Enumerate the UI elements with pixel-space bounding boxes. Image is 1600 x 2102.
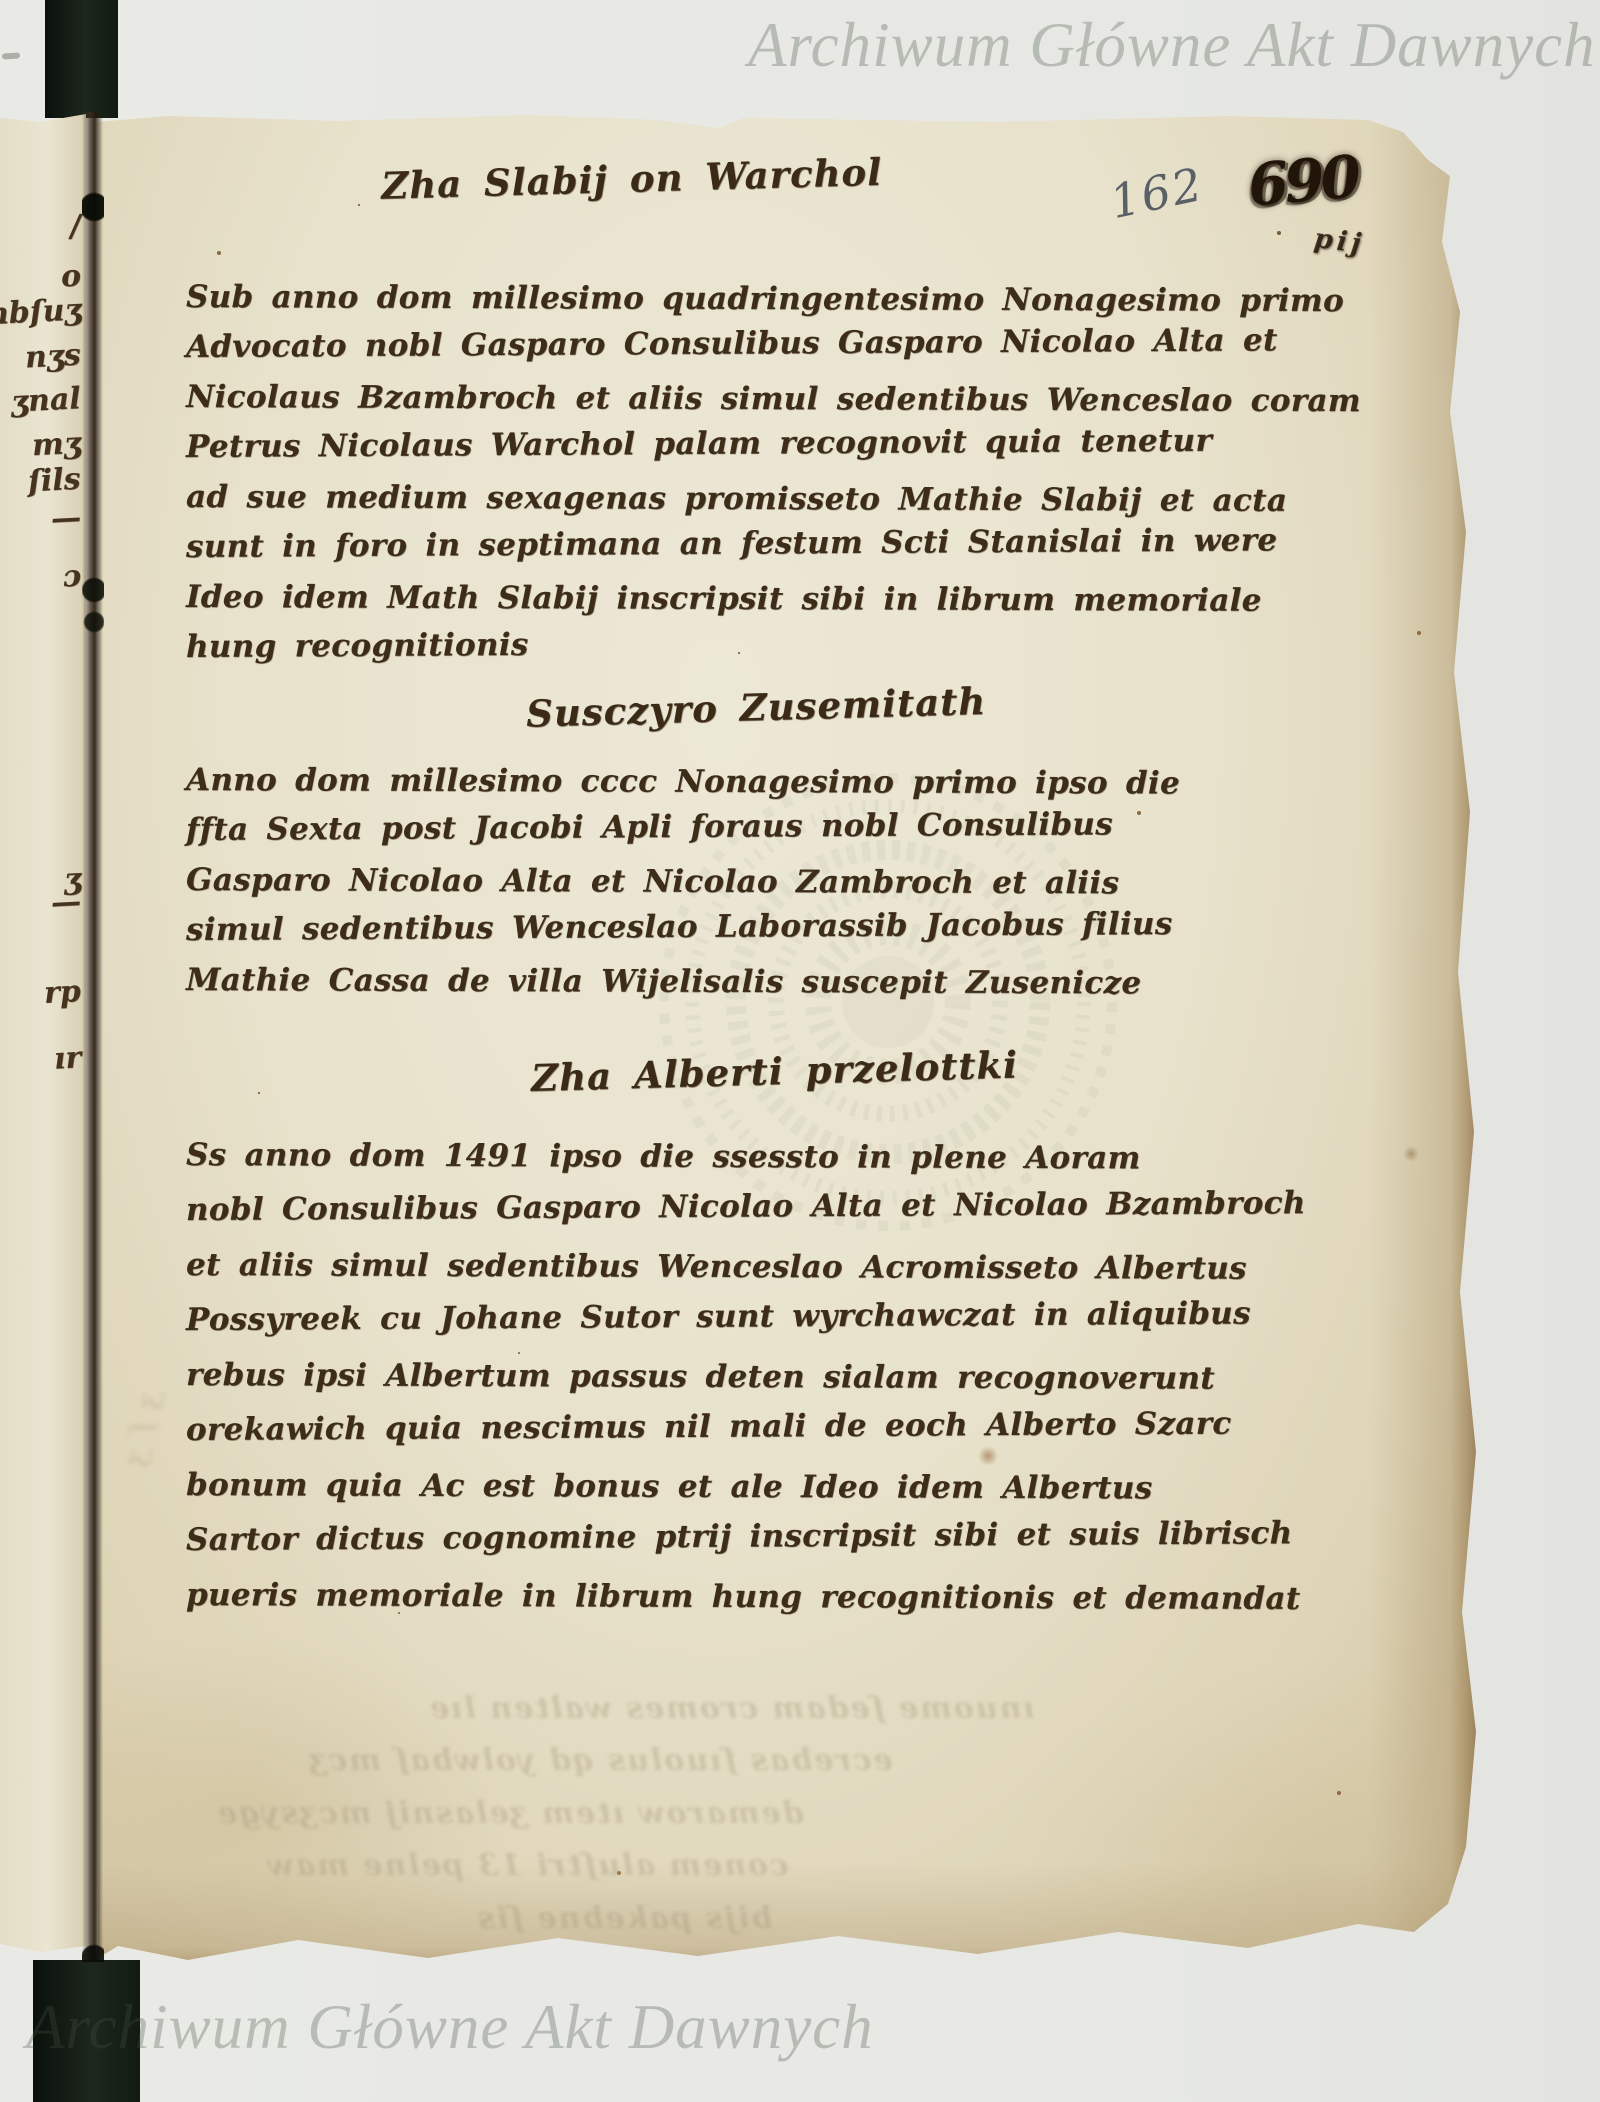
page-fragment: —: [50, 503, 82, 535]
ghost-line: ınuome ſedam cromes walten lıe: [428, 1692, 1035, 1726]
page-fragment: rp: [43, 977, 81, 1009]
manuscript-line: ffta Sexta post Jacobi Apli foraus nobl …: [186, 797, 1436, 855]
section-heading: Susczyro Zusemitath: [526, 665, 1437, 736]
manuscript-line: Mathie Cassa de villa Wijelisalis suscep…: [186, 955, 1436, 1009]
ghost-line: ecrebas ſıuolus qd yolwbaſ mcʒ: [308, 1744, 893, 1778]
gutter-shadow: [82, 112, 104, 1962]
page-fragment: mbſuʒ: [0, 295, 82, 330]
page-fragment: ſils: [28, 465, 82, 498]
ghost-line: conem aluſtri 13 pelne maw: [266, 1849, 788, 1883]
manuscript-section: Susczyro ZusemitathAnno dom millesimo cc…: [186, 678, 1436, 1005]
manuscript-line: Petrus Nicolaus Warchol palam recognovit…: [186, 414, 1436, 472]
manuscript-line: pueris memoriale in librum hung recognit…: [186, 1568, 1466, 1627]
page-fragment: —: [50, 887, 82, 919]
page-fragment: ɔ: [62, 562, 82, 593]
manuscript-line: Possyreek cu Johane Sutor sunt wyrchawcz…: [186, 1285, 1466, 1348]
manuscript-line: sunt in foro in septimana an festum Scti…: [186, 514, 1436, 572]
manuscript-section: Zha Slabij on WarcholSub anno dom milles…: [186, 148, 1436, 672]
facing-page-edge: /ombſuʒnʒsʒnalmʒſils—ɔʒ—rpır: [0, 112, 86, 1952]
page-fragment: mʒ: [31, 429, 81, 462]
ghost-line: ʒ ſ ʒ: [118, 1387, 167, 1470]
binding-strip-top: [45, 0, 118, 118]
manuscript-line: Advocato nobl Gasparo Consulibus Gasparo…: [186, 314, 1436, 372]
page-fragment: o: [60, 261, 82, 292]
ink-folio-number: 690: [1246, 147, 1360, 214]
scanner-mark: [2, 52, 20, 59]
page-fragment: /: [69, 212, 82, 243]
ink-smudge: pij: [1313, 225, 1367, 258]
manuscript-section: Zha Alberti przelottkiSs anno dom 1491 i…: [186, 1042, 1466, 1623]
archive-scan: /ombſuʒnʒsʒnalmʒſils—ɔʒ—rpır Zha Slabij …: [0, 0, 1600, 2102]
manuscript-line: hung recognitionis: [186, 614, 1436, 672]
ghost-line: bijs pakebne ſis: [476, 1902, 772, 1936]
page-fragment: nʒs: [25, 341, 82, 374]
manuscript-line: orekawich quia nescimus nil mali de eoch…: [186, 1395, 1466, 1458]
manuscript-page: Zha Slabij on WarcholSub anno dom milles…: [98, 112, 1480, 1974]
page-fragment: ʒnal: [11, 384, 82, 418]
manuscript-line: simul sedentibus Wenceslao Laborassib Ja…: [186, 897, 1436, 955]
page-fragment: ır: [53, 1043, 82, 1074]
ghost-line: demarow ıtem ʒelasnij mcʒsyge: [216, 1797, 804, 1831]
archive-watermark-bottom: Archiwum Główne Akt Dawnych: [26, 1994, 874, 2060]
archive-watermark-top: Archiwum Główne Akt Dawnych: [748, 12, 1596, 78]
manuscript-line: Sartor dictus cognomine ptrij inscripsit…: [186, 1505, 1466, 1568]
manuscript-line: nobl Consulibus Gasparo Nicolao Alta et …: [186, 1175, 1466, 1238]
